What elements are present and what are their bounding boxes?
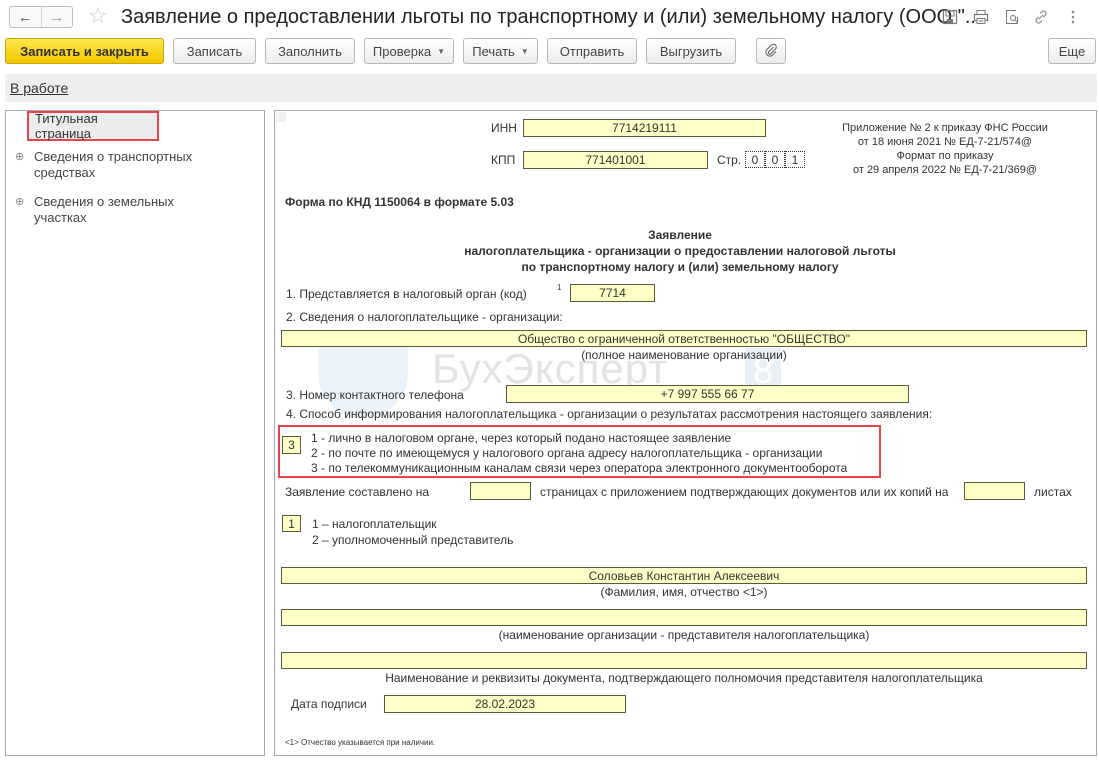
- check-dropdown-button[interactable]: Проверка▼: [364, 38, 454, 64]
- rep-doc-caption: Наименование и реквизиты документа, подт…: [281, 671, 1087, 685]
- status-bar: [5, 74, 1097, 102]
- page-digit: 0: [765, 151, 785, 168]
- appendix-line: от 18 июня 2021 № ЕД-7-21/574@: [830, 135, 1060, 149]
- rep-doc-field[interactable]: [281, 652, 1087, 669]
- kpp-label: КПП: [491, 153, 515, 167]
- rep-org-caption: (наименование организации - представител…: [281, 628, 1087, 642]
- attach-button[interactable]: [756, 38, 786, 64]
- signer-name-field[interactable]: Соловьев Константин Алексеевич: [281, 567, 1087, 584]
- more-icon[interactable]: [1063, 7, 1083, 27]
- sidebar-item-label: Сведения о земельных: [34, 194, 234, 210]
- sidebar-item-label: средствах: [34, 165, 234, 181]
- save-button[interactable]: Записать: [173, 38, 256, 64]
- more-button[interactable]: Еще: [1048, 38, 1096, 64]
- sidebar-item-label: участках: [34, 210, 234, 226]
- org-name-caption: (полное наименование организации): [281, 348, 1087, 362]
- page-digit: 0: [745, 151, 765, 168]
- phone-field[interactable]: +7 997 555 66 77: [506, 385, 909, 403]
- tax-office-code-field[interactable]: 7714: [570, 284, 655, 302]
- save-icon[interactable]: [940, 7, 960, 27]
- item4-label: 4. Способ информирования налогоплательщи…: [286, 407, 932, 421]
- navigation-buttons: ← →: [9, 6, 73, 28]
- inform-options: 1 - лично в налоговом органе, через кото…: [311, 431, 847, 476]
- sidebar-item-land-plots[interactable]: Сведения о земельных участках: [34, 194, 234, 226]
- inform-option: 3 - по телекоммуникационным каналам связ…: [311, 461, 847, 476]
- appendix-line: Приложение № 2 к приказу ФНС России: [830, 121, 1060, 135]
- caret-down-icon: ▼: [437, 47, 445, 56]
- item1-label: 1. Представляется в налоговый орган (код…: [286, 287, 527, 301]
- inn-field[interactable]: 7714219111: [523, 119, 766, 137]
- sidebar-item-vehicles[interactable]: Сведения о транспортных средствах: [34, 149, 234, 181]
- org-name-field[interactable]: Общество с ограниченной ответственностью…: [281, 330, 1087, 347]
- signer-option: 1 – налогоплательщик: [312, 516, 513, 532]
- pages-count-field[interactable]: [470, 482, 531, 500]
- page-digit: 1: [785, 151, 805, 168]
- date-label: Дата подписи: [291, 697, 367, 711]
- inform-method-field[interactable]: 3: [282, 436, 301, 454]
- appendix-note: Приложение № 2 к приказу ФНС России от 1…: [830, 121, 1060, 177]
- heading-line: Заявление: [380, 227, 980, 243]
- signer-options: 1 – налогоплательщик 2 – уполномоченный …: [312, 516, 513, 548]
- link-icon[interactable]: [1031, 7, 1051, 27]
- pages-suffix: листах: [1034, 485, 1072, 499]
- fill-button[interactable]: Заполнить: [265, 38, 355, 64]
- item3-label: 3. Номер контактного телефона: [286, 388, 464, 402]
- item2-label: 2. Сведения о налогоплательщике - органи…: [286, 310, 563, 324]
- favorite-star-icon[interactable]: ☆: [88, 3, 108, 29]
- signer-option: 2 – уполномоченный представитель: [312, 532, 513, 548]
- appendix-line: Формат по приказу: [830, 149, 1060, 163]
- sign-date-field[interactable]: 28.02.2023: [384, 695, 626, 713]
- signer-name-caption: (Фамилия, имя, отчество <1>): [281, 585, 1087, 599]
- rep-org-field[interactable]: [281, 609, 1087, 626]
- paperclip-icon: [764, 43, 778, 60]
- arrow-right-icon: →: [49, 9, 64, 26]
- kpp-field[interactable]: 771401001: [523, 151, 708, 169]
- print-button-label: Печать: [472, 44, 515, 59]
- arrow-left-icon: ←: [18, 9, 33, 26]
- pages-middle: страницах с приложением подтверждающих д…: [540, 485, 948, 499]
- status-link[interactable]: В работе: [10, 80, 68, 96]
- inn-label: ИНН: [491, 121, 517, 135]
- heading-line: по транспортному налогу и (или) земельно…: [380, 259, 980, 275]
- pages-prefix: Заявление составлено на: [285, 485, 429, 499]
- check-button-label: Проверка: [373, 44, 431, 59]
- caret-down-icon: ▼: [521, 47, 529, 56]
- footnote-mark: 1: [557, 283, 561, 292]
- expand-plus-icon[interactable]: ⊕: [15, 150, 24, 163]
- inform-option: 1 - лично в налоговом органе, через кото…: [311, 431, 847, 446]
- window-title: Заявление о предоставлении льготы по тра…: [121, 4, 982, 30]
- forward-button[interactable]: →: [41, 7, 73, 27]
- preview-icon[interactable]: [1002, 7, 1022, 27]
- corner-cell: [276, 112, 286, 122]
- form-code: Форма по КНД 1150064 в формате 5.03: [285, 195, 514, 209]
- inform-option: 2 - по почте по имеющемуся у налогового …: [311, 446, 847, 461]
- heading-line: налогоплательщика - организации о предос…: [380, 243, 980, 259]
- back-button[interactable]: ←: [10, 7, 41, 27]
- send-button[interactable]: Отправить: [547, 38, 637, 64]
- sidebar-item-label: Сведения о транспортных: [34, 149, 234, 165]
- footnote: <1> Отчество указывается при наличии.: [285, 738, 435, 747]
- appendix-line: от 29 апреля 2022 № ЕД-7-21/369@: [830, 163, 1060, 177]
- print-dropdown-button[interactable]: Печать▼: [463, 38, 538, 64]
- expand-plus-icon[interactable]: ⊕: [15, 195, 24, 208]
- export-button[interactable]: Выгрузить: [646, 38, 736, 64]
- print-icon[interactable]: [971, 7, 991, 27]
- page-label: Стр.: [717, 153, 741, 167]
- sidebar-item-title-page[interactable]: Титульная страница: [27, 111, 159, 141]
- save-and-close-button[interactable]: Записать и закрыть: [5, 38, 164, 64]
- sheets-count-field[interactable]: [964, 482, 1025, 500]
- form-heading: Заявление налогоплательщика - организаци…: [380, 227, 980, 275]
- signer-type-field[interactable]: 1: [282, 515, 301, 532]
